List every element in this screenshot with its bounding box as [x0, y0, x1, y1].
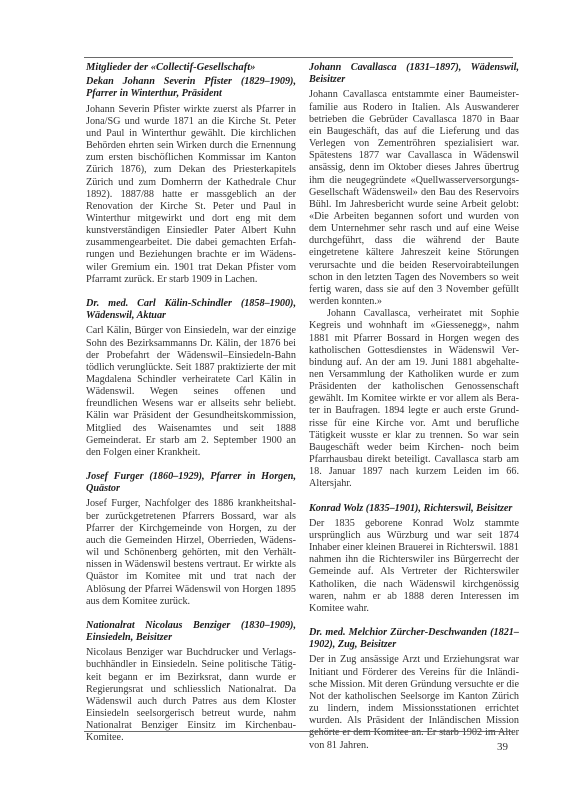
left-column: Mitglieder der «Collectif-Gesellschaft» …	[86, 62, 296, 757]
entry-paragraph: Der in Zug ansässige Arzt und Erziehungs…	[309, 654, 519, 751]
entry-paragraph: Johann Cavallasca entstammte einer Baume…	[309, 89, 519, 308]
entry-paragraph: Josef Furger, Nachfolger des 1886 krankh…	[86, 498, 296, 607]
page-number: 39	[497, 741, 508, 753]
entry-paragraph: Carl Kälin, Bürger von Einsiedeln, war d…	[86, 325, 296, 459]
entry-title: Dekan Johann Severin Pfister (1829–1909)…	[86, 76, 296, 100]
bottom-rule	[84, 731, 513, 732]
entry-benziger: Nationalrat Nicolaus Benziger (1830–1909…	[86, 620, 296, 745]
entry-cavallasca: Johann Cavallasca (1831–1897), Wädenswil…	[309, 62, 519, 491]
entry-title: Josef Furger (1860–1929), Pfarrer in Hor…	[86, 471, 296, 495]
entry-paragraph: Der 1835 geborene Konrad Wolz stammte ur…	[309, 518, 519, 615]
entry-furger: Josef Furger (1860–1929), Pfarrer in Hor…	[86, 471, 296, 608]
entry-kaelin: Dr. med. Carl Kälin-Schindler (1858–1900…	[86, 298, 296, 459]
entry-title: Nationalrat Nicolaus Benziger (1830–1909…	[86, 620, 296, 644]
section-title: Mitglieder der «Collectif-Gesellschaft»	[86, 62, 296, 74]
entry-title: Dr. med. Carl Kälin-Schindler (1858–1900…	[86, 298, 296, 322]
entry-pfister: Dekan Johann Severin Pfister (1829–1909)…	[86, 76, 296, 286]
entry-paragraph: Johann Cavallasca, verheiratet mit Sophi…	[309, 308, 519, 490]
right-column: Johann Cavallasca (1831–1897), Wädenswil…	[309, 62, 519, 764]
entry-wolz: Konrad Wolz (1835–1901), Richterswil, Be…	[309, 503, 519, 615]
entry-paragraph: Johann Severin Pfister wirkte zuerst als…	[86, 104, 296, 286]
entry-paragraph: Nicolaus Benziger war Buchdrucker und Ve…	[86, 647, 296, 744]
top-rule	[84, 57, 513, 58]
entry-title: Johann Cavallasca (1831–1897), Wädenswil…	[309, 62, 519, 86]
entry-title: Dr. med. Melchior Zürcher-Deschwanden (1…	[309, 627, 519, 651]
entry-zuercher: Dr. med. Melchior Zürcher-Deschwanden (1…	[309, 627, 519, 752]
entry-title: Konrad Wolz (1835–1901), Richterswil, Be…	[309, 503, 519, 515]
